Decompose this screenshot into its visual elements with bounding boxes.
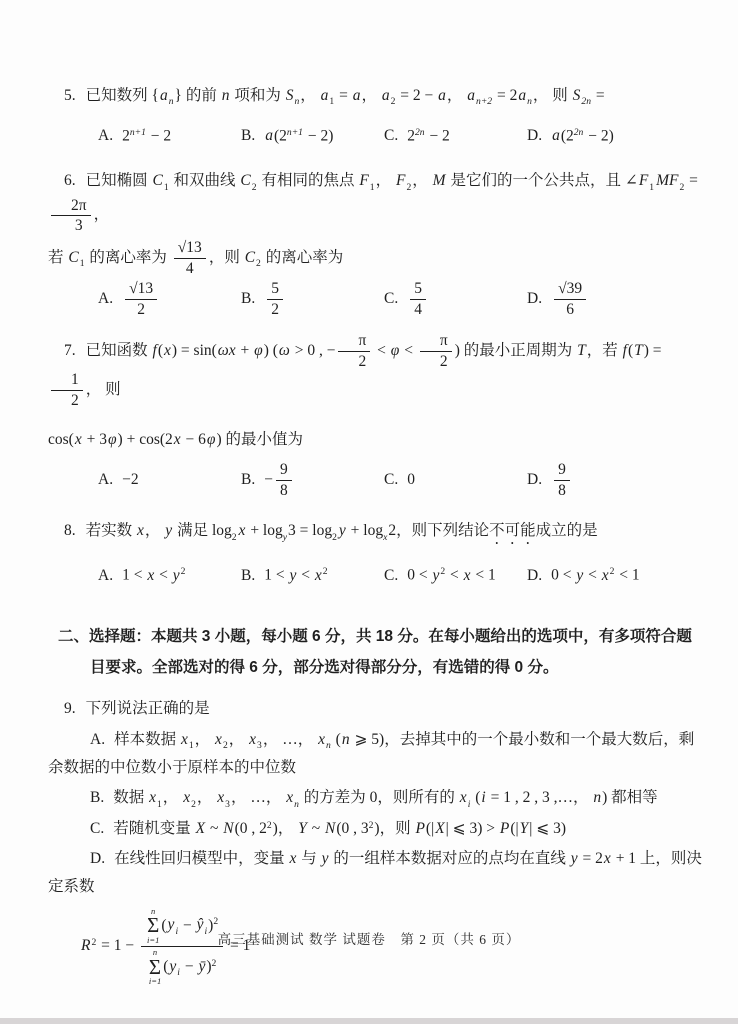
fraction-numerator: π bbox=[420, 332, 452, 352]
text-run: − bbox=[264, 471, 273, 488]
text-run: 的方差为 0，则所有的 bbox=[300, 789, 459, 806]
option-label: A. bbox=[98, 471, 113, 489]
text-run: = 2 bbox=[579, 850, 603, 867]
text-run: ) 都相等 bbox=[602, 789, 658, 806]
text-run: − 2 bbox=[426, 127, 450, 144]
summation: nΣi=1 bbox=[149, 948, 161, 987]
text-run: (| bbox=[426, 820, 434, 837]
math-variable: φ bbox=[390, 342, 401, 359]
fraction-denominator: 8 bbox=[280, 481, 288, 500]
option-label: D. bbox=[90, 850, 105, 867]
math-variable: y bbox=[172, 567, 181, 584]
question-7-option-b: B.−98 bbox=[241, 461, 384, 500]
question-9-number: 9. bbox=[64, 700, 76, 717]
option-label: D. bbox=[527, 127, 542, 145]
option-label: B. bbox=[90, 789, 104, 806]
option-value: √396 bbox=[551, 280, 589, 319]
text-run: 有相同的焦点 bbox=[258, 172, 359, 189]
fraction: 2π3 bbox=[51, 197, 91, 236]
option-value: −98 bbox=[264, 461, 295, 500]
question-9-stem: 9.下列说法正确的是 bbox=[0, 695, 702, 722]
question-5-number: 5. bbox=[64, 87, 76, 104]
fraction: π2 bbox=[420, 332, 452, 371]
text-run: − 2) bbox=[584, 127, 613, 144]
option-label: D. bbox=[527, 567, 542, 585]
math-variable: n bbox=[341, 731, 351, 748]
math-variable: φ bbox=[206, 431, 217, 448]
text-run: 0 bbox=[407, 471, 415, 488]
math-variable: x bbox=[248, 731, 257, 748]
text-run: ( bbox=[332, 731, 341, 748]
option-value: 0 < y < x2 < 1 bbox=[551, 566, 640, 584]
math-variable: x bbox=[601, 567, 610, 584]
option-value: 0 < y2 < x < 1 bbox=[407, 566, 496, 584]
math-variable: y bbox=[570, 850, 579, 867]
text-run: 数据 bbox=[113, 789, 148, 806]
text-run: 和双曲线 bbox=[170, 172, 240, 189]
math-variable: n bbox=[592, 789, 602, 806]
math-variable: a bbox=[264, 127, 274, 144]
option-label: C. bbox=[384, 471, 398, 489]
option-label: C. bbox=[90, 820, 104, 837]
text-run: 成立的是 bbox=[536, 522, 598, 539]
math-variable: C bbox=[244, 249, 256, 266]
text-run: ， 则 bbox=[533, 87, 572, 104]
question-7-stem-text2: cos(x + 3φ) + cos(2x − 6φ) 的最小值为 bbox=[48, 431, 303, 448]
emphasized-text: 不可能 bbox=[489, 522, 536, 539]
fraction-numerator: 5 bbox=[267, 280, 283, 300]
fraction-numerator: √13 bbox=[174, 239, 206, 259]
question-7-option-d: D.98 bbox=[527, 461, 692, 500]
text-run: 样本数据 bbox=[114, 731, 180, 748]
math-variable: a bbox=[437, 87, 447, 104]
fraction: 98 bbox=[554, 461, 570, 500]
text-run: − 6 bbox=[182, 431, 206, 448]
fraction-numerator: 2π bbox=[51, 197, 91, 217]
text-run: ， bbox=[447, 87, 466, 104]
math-variable: Y bbox=[297, 820, 308, 837]
math-variable: M bbox=[432, 172, 447, 189]
text-run: 若随机变量 bbox=[113, 820, 194, 837]
question-6-option-d: D.√396 bbox=[527, 280, 692, 319]
math-variable: S bbox=[572, 87, 582, 104]
option-label: C. bbox=[384, 567, 398, 585]
question-8-stem-text: 若实数 x， y 满足 log2x + logy3 = log2y + logx… bbox=[86, 522, 598, 539]
fraction: √134 bbox=[174, 239, 206, 278]
math-variable: MF bbox=[655, 172, 679, 189]
math-variable: x bbox=[163, 342, 172, 359]
math-variable: y bbox=[321, 850, 330, 867]
superscript: n+1 bbox=[130, 127, 147, 138]
fraction: 12 bbox=[51, 371, 83, 410]
question-6-option-a: A.√132 bbox=[98, 280, 241, 319]
math-variable: x bbox=[180, 731, 189, 748]
text-run: 2 bbox=[407, 127, 415, 144]
math-variable: y bbox=[575, 567, 584, 584]
option-label: C. bbox=[384, 127, 398, 145]
math-variable: Y bbox=[519, 820, 530, 837]
text-run: < bbox=[584, 567, 601, 584]
text-run: ， bbox=[197, 789, 216, 806]
math-variable: x bbox=[317, 731, 326, 748]
math-variable: x bbox=[214, 731, 223, 748]
text-run: − 2 bbox=[147, 127, 171, 144]
text-run: 已知数列 { bbox=[86, 87, 159, 104]
math-variable: T bbox=[633, 342, 644, 359]
math-variable: C bbox=[239, 172, 251, 189]
question-7-options: A.−2 B.−98 C.0 D.98 bbox=[98, 461, 692, 500]
option-value: 98 bbox=[551, 461, 573, 500]
question-5-options: A.2n+1 − 2 B.a(2n+1 − 2) C.22n − 2 D.a(2… bbox=[98, 127, 692, 145]
option-value: √132 bbox=[122, 280, 160, 319]
math-variable: x bbox=[146, 567, 155, 584]
math-variable: x bbox=[148, 789, 157, 806]
fraction-denominator: 2 bbox=[271, 300, 279, 319]
text-run: = bbox=[592, 87, 605, 104]
question-7-number: 7. bbox=[64, 342, 76, 359]
fraction: √132 bbox=[125, 280, 157, 319]
text-run: 已知函数 bbox=[86, 342, 152, 359]
fraction-numerator: π bbox=[338, 332, 370, 352]
fraction-denominator: 2 bbox=[55, 391, 79, 410]
fraction: 98 bbox=[276, 461, 292, 500]
text-run: < 1 bbox=[615, 567, 639, 584]
text-run: ， bbox=[94, 206, 110, 223]
math-variable: a bbox=[352, 87, 362, 104]
page-footer: 高三基础测试 数学 试题卷 第 2 页（共 6 页） bbox=[0, 928, 738, 948]
fraction: 54 bbox=[410, 280, 426, 319]
question-6-number: 6. bbox=[64, 172, 76, 189]
fraction-numerator: √13 bbox=[125, 280, 157, 300]
math-variable: P bbox=[499, 820, 510, 837]
text-run: ) 的最小正周期为 bbox=[455, 342, 576, 359]
question-6-stem-text1: 已知椭圆 C1 和双曲线 C2 有相同的焦点 F1， F2， M 是它们的一个公… bbox=[48, 172, 702, 223]
exam-page: 5.已知数列 {an} 的前 n 项和为 Sn， a1 = a， a2 = 2 … bbox=[0, 0, 738, 1024]
option-value: 52 bbox=[264, 280, 286, 319]
math-variable: n bbox=[221, 87, 231, 104]
question-9-option-b: B.数据 x1， x2， x3， …， xn 的方差为 0，则所有的 xi (i… bbox=[0, 784, 702, 813]
text-run: 的离心率为 bbox=[262, 249, 343, 266]
text-run: − bbox=[181, 958, 198, 975]
math-variable: a bbox=[381, 87, 391, 104]
text-run: = 2 − bbox=[396, 87, 437, 104]
text-run: 在线性回归模型中，变量 bbox=[114, 850, 288, 867]
question-6-stem-line2: 若 C1 的离心率为 √134，则 C2 的离心率为 bbox=[0, 239, 702, 278]
text-run: < bbox=[373, 342, 390, 359]
option-label: C. bbox=[384, 290, 398, 308]
math-variable: a bbox=[517, 87, 527, 104]
text-run: < bbox=[155, 567, 172, 584]
math-variable: a bbox=[551, 127, 561, 144]
option-value: 若随机变量 X ~ N(0 , 22)， Y ~ N(0 , 32)，则 P(|… bbox=[113, 820, 566, 837]
option-value: a(22n − 2) bbox=[551, 127, 614, 145]
text-run: −2 bbox=[122, 471, 139, 488]
question-5-option-c: C.22n − 2 bbox=[384, 127, 527, 145]
text-run: 与 bbox=[297, 850, 320, 867]
question-8-option-d: D.0 < y < x2 < 1 bbox=[527, 566, 692, 584]
text-run: 0 < bbox=[551, 567, 575, 584]
fraction: π2 bbox=[338, 332, 370, 371]
text-run: 若实数 bbox=[86, 522, 136, 539]
text-run: + log bbox=[347, 522, 383, 539]
question-5-stem: 5.已知数列 {an} 的前 n 项和为 Sn， a1 = a， a2 = 2 … bbox=[0, 82, 702, 111]
text-run: 的离心率为 bbox=[86, 249, 171, 266]
text-run: ， bbox=[361, 87, 380, 104]
question-8-option-c: C.0 < y2 < x < 1 bbox=[384, 566, 527, 584]
text-run: 1 < bbox=[264, 567, 288, 584]
text-run: 是它们的一个公共点，且 ∠ bbox=[447, 172, 638, 189]
question-9-option-d: D.在线性回归模型中，变量 x 与 y 的一组样本数据对应的点均在直线 y = … bbox=[0, 845, 702, 901]
math-variable: S bbox=[285, 87, 295, 104]
text-run: ~ bbox=[206, 820, 222, 837]
text-run: ， 则 bbox=[86, 381, 121, 398]
question-6-option-c: C.54 bbox=[384, 280, 527, 319]
option-label: A. bbox=[98, 127, 113, 145]
math-variable: T bbox=[576, 342, 587, 359]
option-value: 在线性回归模型中，变量 x 与 y 的一组样本数据对应的点均在直线 y = 2x… bbox=[48, 850, 702, 895]
text-run: 若 bbox=[48, 249, 67, 266]
fraction-numerator: 1 bbox=[51, 371, 83, 391]
text-run: < bbox=[400, 342, 417, 359]
text-run: ~ bbox=[308, 820, 324, 837]
option-value: 样本数据 x1， x2， x3， …， xn (n ⩾ 5)，去掉其中的一个最小… bbox=[48, 731, 694, 777]
text-run: < bbox=[446, 567, 463, 584]
question-7-stem-line1: 7.已知函数 f(x) = sin(ωx + φ) (ω > 0 , −π2 <… bbox=[0, 332, 702, 409]
option-label: A. bbox=[98, 290, 113, 308]
fraction-numerator: √39 bbox=[554, 280, 586, 300]
superscript: 2 bbox=[323, 566, 329, 577]
question-8-option-b: B.1 < y < x2 bbox=[241, 566, 384, 584]
text-run: ) 的最小值为 bbox=[217, 431, 304, 448]
question-5-option-d: D.a(22n − 2) bbox=[527, 127, 692, 145]
option-label: B. bbox=[241, 290, 255, 308]
math-variable: x bbox=[463, 567, 472, 584]
math-variable: F bbox=[358, 172, 369, 189]
option-value: 22n − 2 bbox=[407, 127, 450, 145]
text-run: cos( bbox=[48, 431, 74, 448]
text-run: ，则 bbox=[209, 249, 244, 266]
subscript: n+2 bbox=[476, 96, 493, 107]
fraction-denominator: 3 bbox=[59, 216, 83, 235]
math-variable: a bbox=[159, 87, 169, 104]
superscript: 2n bbox=[415, 127, 426, 138]
fraction-denominator: 2 bbox=[424, 352, 448, 371]
option-value: a(2n+1 − 2) bbox=[264, 127, 333, 145]
option-label: D. bbox=[527, 290, 542, 308]
question-9-option-a: A.样本数据 x1， x2， x3， …， xn (n ⩾ 5)，去掉其中的一个… bbox=[0, 726, 702, 783]
math-variable: x bbox=[173, 431, 182, 448]
text-run: 满足 log bbox=[173, 522, 232, 539]
fraction: √396 bbox=[554, 280, 586, 319]
question-8-option-a: A.1 < x < y2 bbox=[98, 566, 241, 584]
text-run: 1 < bbox=[122, 567, 146, 584]
text-run: > 0 , − bbox=[291, 342, 336, 359]
question-7-stem-line2: cos(x + 3φ) + cos(2x − 6φ) 的最小值为 bbox=[0, 426, 702, 453]
text-run: = bbox=[335, 87, 352, 104]
text-run: = 1 , 2 , 3 ,…， bbox=[487, 789, 593, 806]
math-variable: P bbox=[414, 820, 425, 837]
text-run: (| bbox=[510, 820, 518, 837]
math-variable: x bbox=[182, 789, 191, 806]
question-6-stem-line1: 6.已知椭圆 C1 和双曲线 C2 有相同的焦点 F1， F2， M 是它们的一… bbox=[0, 167, 702, 235]
question-6-option-b: B.52 bbox=[241, 280, 384, 319]
text-run: 3 = log bbox=[288, 522, 332, 539]
math-variable: C bbox=[152, 172, 164, 189]
math-variable: y bbox=[164, 522, 173, 539]
math-variable: ω bbox=[278, 342, 291, 359]
superscript: n+1 bbox=[287, 127, 304, 138]
text-run: 0 < bbox=[407, 567, 431, 584]
text-run: )，则 bbox=[374, 820, 414, 837]
superscript: 2 bbox=[181, 566, 187, 577]
text-run: 2，则下列结论 bbox=[388, 522, 489, 539]
question-7-option-c: C.0 bbox=[384, 471, 527, 489]
text-run: ，若 bbox=[587, 342, 622, 359]
fraction-numerator: 9 bbox=[554, 461, 570, 481]
text-run: ， …， bbox=[263, 731, 317, 748]
text-run: + 3 bbox=[83, 431, 107, 448]
text-run: ) = sin( bbox=[172, 342, 217, 359]
math-variable: x bbox=[459, 789, 468, 806]
text-run: ) = bbox=[644, 342, 666, 359]
text-run: (0 , 2 bbox=[235, 820, 267, 837]
option-value: 1 < x < y2 bbox=[122, 566, 186, 584]
fraction: 52 bbox=[267, 280, 283, 319]
fraction-denominator: 4 bbox=[186, 259, 194, 278]
question-7-stem-text1: 已知函数 f(x) = sin(ωx + φ) (ω > 0 , −π2 < φ… bbox=[48, 342, 665, 398]
math-variable: x bbox=[314, 567, 323, 584]
fraction-denominator: 8 bbox=[558, 481, 566, 500]
question-9-option-c: C.若随机变量 X ~ N(0 , 22)， Y ~ N(0 , 32)，则 P… bbox=[0, 815, 702, 843]
text-run: (0 , 3 bbox=[336, 820, 368, 837]
option-value: 2n+1 − 2 bbox=[122, 127, 171, 145]
section-2-heading: 二、选择题：本题共 3 小题，每小题 6 分，共 18 分。在每小题给出的选项中… bbox=[0, 621, 702, 683]
question-6-options: A.√132 B.52 C.54 D.√396 bbox=[98, 280, 692, 319]
math-variable: C bbox=[67, 249, 79, 266]
text-run: (2 bbox=[274, 127, 287, 144]
text-run: | ⩽ 3) bbox=[529, 820, 566, 837]
text-run: + log bbox=[246, 522, 282, 539]
text-run: ， bbox=[145, 522, 164, 539]
math-variable: N bbox=[222, 820, 234, 837]
text-run: ， bbox=[195, 731, 214, 748]
math-variable: x bbox=[74, 431, 83, 448]
option-label: B. bbox=[241, 567, 255, 585]
superscript: 2 bbox=[213, 916, 219, 927]
math-variable: φ bbox=[107, 431, 118, 448]
question-7-option-a: A.−2 bbox=[98, 471, 241, 489]
text-run: ) bbox=[206, 958, 211, 975]
math-variable: x bbox=[136, 522, 145, 539]
math-variable: a bbox=[320, 87, 330, 104]
math-variable: N bbox=[324, 820, 336, 837]
text-run: ) + cos(2 bbox=[118, 431, 173, 448]
text-run: 的一组样本数据对应的点均在直线 bbox=[330, 850, 570, 867]
math-variable: y bbox=[168, 958, 177, 975]
scan-edge-shadow bbox=[0, 1018, 738, 1024]
superscript: 2n bbox=[574, 127, 585, 138]
option-value: 数据 x1， x2， x3， …， xn 的方差为 0，则所有的 xi (i =… bbox=[113, 789, 657, 806]
option-value: −2 bbox=[122, 471, 139, 489]
fraction-numerator: 5 bbox=[410, 280, 426, 300]
text-run: ， bbox=[376, 172, 395, 189]
math-variable: x bbox=[216, 789, 225, 806]
text-run: < bbox=[297, 567, 314, 584]
text-run: ， bbox=[163, 789, 182, 806]
question-5-option-a: A.2n+1 − 2 bbox=[98, 127, 241, 145]
option-value: 54 bbox=[407, 280, 429, 319]
math-variable: ȳ bbox=[197, 958, 206, 975]
text-run: ， bbox=[229, 731, 248, 748]
math-variable: a bbox=[466, 87, 476, 104]
math-variable: ωx bbox=[217, 342, 237, 359]
subscript: 2 bbox=[332, 532, 338, 543]
text-run: + bbox=[237, 342, 254, 359]
subscript: 2 bbox=[232, 532, 238, 543]
fraction-denominator: 2 bbox=[343, 352, 367, 371]
question-8-options: A.1 < x < y2 B.1 < y < x2 C.0 < y2 < x <… bbox=[98, 566, 692, 584]
text-run: ， bbox=[300, 87, 319, 104]
text-run: 已知椭圆 bbox=[86, 172, 152, 189]
text-run: 项和为 bbox=[230, 87, 284, 104]
question-5-option-b: B.a(2n+1 − 2) bbox=[241, 127, 384, 145]
math-variable: F bbox=[638, 172, 649, 189]
text-run: } 的前 bbox=[175, 87, 221, 104]
text-run: ， …， bbox=[231, 789, 285, 806]
option-label: B. bbox=[241, 471, 255, 489]
math-variable: F bbox=[395, 172, 406, 189]
question-5-stem-text: 已知数列 {an} 的前 n 项和为 Sn， a1 = a， a2 = 2 − … bbox=[86, 87, 605, 104]
option-label: B. bbox=[241, 127, 255, 145]
text-run: = bbox=[685, 172, 702, 189]
question-8-stem: 8.若实数 x， y 满足 log2x + logy3 = log2y + lo… bbox=[0, 517, 702, 548]
text-run: ) ( bbox=[264, 342, 278, 359]
option-label: A. bbox=[98, 567, 113, 585]
fraction-denominator: nΣi=1(yi − ȳ)2 bbox=[147, 947, 217, 987]
math-variable: x bbox=[285, 789, 294, 806]
text-run: )， bbox=[273, 820, 298, 837]
fraction-numerator: 9 bbox=[276, 461, 292, 481]
math-variable: X bbox=[434, 820, 445, 837]
text-run: − 2) bbox=[304, 127, 333, 144]
math-variable: φ bbox=[253, 342, 264, 359]
text-run: | ⩽ 3) > bbox=[446, 820, 499, 837]
fraction-denominator: 4 bbox=[414, 300, 422, 319]
text-run: < 1 bbox=[472, 567, 496, 584]
question-8-number: 8. bbox=[64, 522, 76, 539]
text-run: = 2 bbox=[493, 87, 517, 104]
fraction-denominator: 6 bbox=[566, 300, 574, 319]
math-variable: x bbox=[603, 850, 612, 867]
exam-content: 5.已知数列 {an} 的前 n 项和为 Sn， a1 = a， a2 = 2 … bbox=[0, 0, 738, 987]
superscript: 2 bbox=[212, 958, 218, 969]
subscript: 2n bbox=[581, 96, 592, 107]
option-label: A. bbox=[90, 731, 105, 748]
math-variable: X bbox=[195, 820, 206, 837]
text-run: ， bbox=[412, 172, 431, 189]
option-value: 1 < y < x2 bbox=[264, 566, 328, 584]
option-label: D. bbox=[527, 471, 542, 489]
text-run: 2 bbox=[122, 127, 130, 144]
fraction-denominator: 2 bbox=[137, 300, 145, 319]
question-6-stem-text2: 若 C1 的离心率为 √134，则 C2 的离心率为 bbox=[48, 249, 343, 266]
question-9-stem-text: 下列说法正确的是 bbox=[86, 700, 210, 717]
math-variable: y bbox=[338, 522, 347, 539]
text-run: (2 bbox=[561, 127, 574, 144]
option-value: 0 bbox=[407, 471, 415, 489]
